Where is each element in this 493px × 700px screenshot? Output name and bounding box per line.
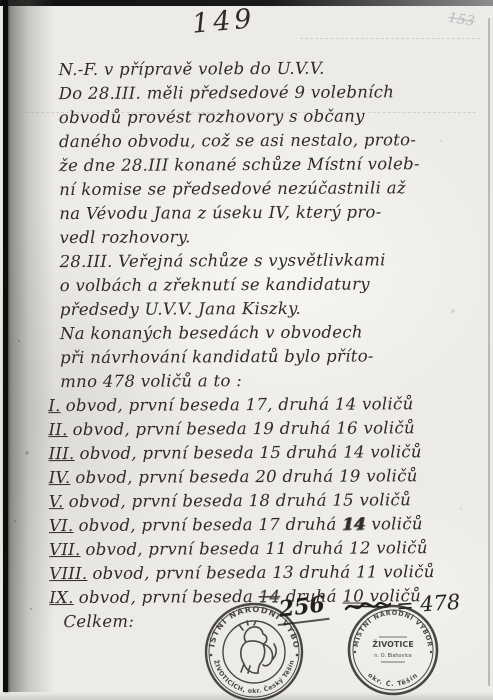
handwriting-line: vedl rozhovory. <box>59 224 473 250</box>
row-text: obvod, první beseda 18 druhá 15 voličů <box>69 490 411 511</box>
row-text: obvod, první beseda 17, druhá 14 voličů <box>66 394 414 415</box>
roman-numeral: VIII. <box>49 564 87 583</box>
row-text: obvod, první beseda 20 druhá 19 voličů <box>75 466 417 487</box>
row-text: obvod, první beseda 19 druhá 16 voličů <box>73 418 415 439</box>
district-list-row: V.obvod, první beseda 18 druhá 15 voličů <box>49 488 475 514</box>
strikethrough-scribble-icon <box>344 597 392 617</box>
row-text: obvod, první beseda 17 druhá <box>78 515 342 535</box>
roman-numeral: IV. <box>49 468 71 487</box>
handwriting-line: při návrhování kandidatů bylo příto- <box>60 344 474 370</box>
official-stamp-right: MÍSTNÍ NÁRODNÍ VÝBOR okr. Č. Těšín ŽIVOT… <box>346 603 440 697</box>
district-list-row: IV.obvod, první beseda 20 druhá 19 volič… <box>49 464 475 490</box>
handwriting-line: Na konaných besedách v obvodech <box>60 320 474 346</box>
district-list-row: VI.obvod, první beseda 17 druhá 14 volič… <box>49 512 475 538</box>
grand-total: = 478 <box>395 590 461 618</box>
handwriting-line: daného obvodu, což se asi nestalo, proto… <box>59 128 473 154</box>
handwriting-line: obvodů provést rozhovory s občany <box>59 104 473 130</box>
handwriting-line: předsedy U.V.V. Jana Kiszky. <box>60 296 474 322</box>
page-number: 149 <box>191 3 257 39</box>
roman-numeral: I. <box>48 396 60 415</box>
district-list-row: II.obvod, první beseda 19 druhá 16 volič… <box>48 416 474 442</box>
handwriting-line: mno 478 voličů a to : <box>60 368 474 394</box>
roman-numeral: VI. <box>49 516 74 535</box>
czech-lion-icon <box>240 621 276 673</box>
stamp-center-subtitle: n. O. Blahovice <box>374 653 412 659</box>
row-text: obvod, první beseda 15 druhá 14 voličů <box>80 442 422 463</box>
handwriting-line: Do 28.III. měli předsedové 9 volebních <box>59 80 473 106</box>
district-list-row: VIII.obvod, první beseda 13 druhá 11 vol… <box>49 560 475 586</box>
row-text: voličů <box>366 514 423 533</box>
scan-speckles <box>0 0 2 2</box>
row-text: obvod, první beseda 13 druhá 11 voličů <box>92 562 434 583</box>
handwritten-text-block: N.-F. v přípravě voleb do U.V.V. Do 28.I… <box>58 56 475 634</box>
overwritten-number: 14 <box>342 514 366 533</box>
roman-numeral: II. <box>48 420 67 439</box>
handwriting-line: o volbách a zřeknutí se kandidatury <box>60 272 474 298</box>
roman-numeral: VII. <box>49 540 81 559</box>
row-text: obvod, první beseda 11 druhá 12 voličů <box>85 538 427 559</box>
handwriting-line: na Vévodu Jana z úseku IV, který pro- <box>59 200 473 226</box>
roman-numeral: IX. <box>49 588 74 607</box>
district-list-row: I.obvod, první beseda 17, druhá 14 volič… <box>48 392 474 418</box>
faint-pencil-line <box>300 38 480 39</box>
handwriting-line: 28.III. Veřejná schůze s vysvětlivkami <box>60 248 474 274</box>
handwriting-line: N.-F. v přípravě voleb do U.V.V. <box>58 56 472 82</box>
district-list-row: III.obvod, první beseda 15 druhá 14 voli… <box>49 440 475 466</box>
district-list-row: VII.obvod, první beseda 11 druhá 12 voli… <box>49 536 475 562</box>
scan-left-shadow <box>8 0 54 692</box>
handwriting-line: že dne 28.III konané schůze Místní voleb… <box>59 152 473 178</box>
handwriting-line: ní komise se předsedové nezúčastnili až <box>59 176 473 202</box>
roman-numeral: III. <box>49 444 75 463</box>
stamp-center-name: ŽIVOTICE <box>372 638 413 649</box>
roman-numeral: V. <box>49 492 64 511</box>
scan-right-edge <box>488 18 490 686</box>
